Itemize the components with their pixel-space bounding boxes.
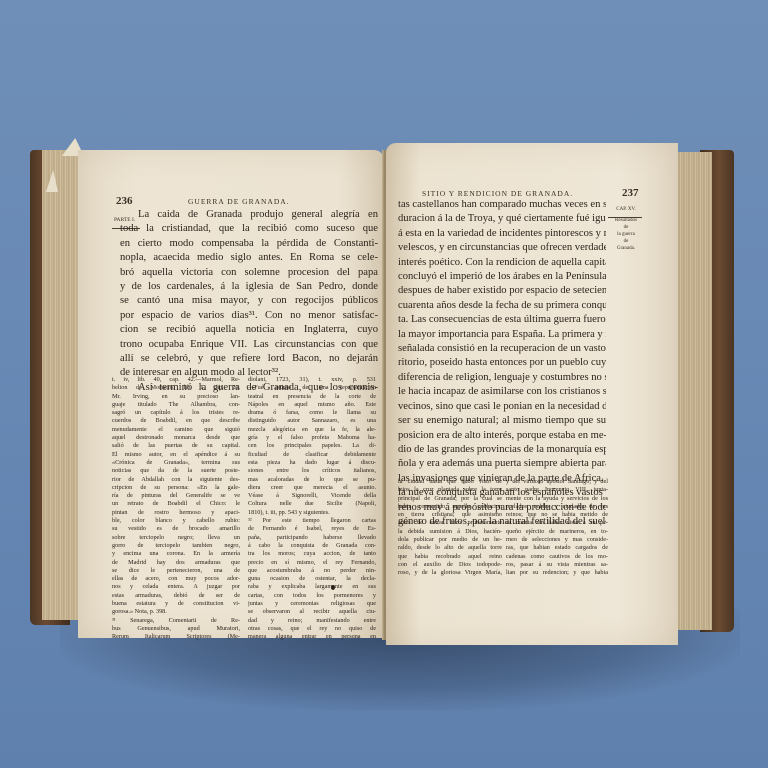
footnote-line: á cabo la conquista de Granada con- (248, 542, 376, 550)
text-line: cuarenta años desde la fecha de su prime… (398, 299, 606, 313)
footnote-line: mezcla alegórica en que la fe, la ale- (248, 426, 376, 434)
margin-note: CAP. XV.Resultadosdela guerradeGranada. (608, 206, 644, 252)
footnote-line: ³² Por este tiempo llegaron cartas (248, 517, 376, 525)
margin-note-line: la guerra (608, 231, 644, 238)
footnote-line: ³¹ Senarega, Comentarii de Re- (112, 617, 240, 625)
margin-note-line: de (608, 238, 644, 245)
text-line: concluyó el imperió de los árabes en la … (398, 270, 606, 284)
footnote-line: siones entre los críticos italianos, (248, 467, 376, 475)
footnote-line: lejos la cruz plantada sobre la torre (398, 486, 502, 494)
footnote-line: prelados, nobles y ciudades de sus (506, 503, 608, 511)
footnote-line: Nápoles en aquel mismo año. Este (248, 401, 376, 409)
margin-note-line: Resultados (608, 217, 644, 224)
footnote-line: se observaron al recibir aquella ciu- (248, 608, 376, 616)
footnote-line: rneo de selecciones y mas conside- (506, 536, 608, 544)
footnote-line: manera alguna entrar en persona en (248, 633, 376, 641)
text-line: la mayor importancia para España. La pri… (398, 328, 606, 342)
footnote-line: tra los moros; cuya accion, de tanto (248, 550, 376, 558)
footnote-line: paña, participando haberse llevado (248, 534, 376, 542)
text-line: diferencia de religion, lenguaje y costu… (398, 371, 606, 385)
footnote-line: Rerum Italicarum Scriptores (Me- (112, 633, 240, 641)
footnote-line: precio en sí mismo, el rey Fernando, (248, 559, 376, 567)
page-edges-right (672, 152, 712, 630)
footnote-line: raba y explicaba largamente en sus (248, 583, 376, 591)
footnote-line: salió de las puertas de su capital. (112, 442, 240, 450)
footnote-line: cripcion de su persona: «En la gale- (112, 484, 240, 492)
footnote-line: habia convertido aquella poblacion (398, 503, 502, 511)
footnote-line: sagró un capítulo á los tristes re- (112, 409, 240, 417)
footnote-line: antes de entrar hizo primeramente (398, 519, 502, 527)
footnote-line: su vestido es de brocado amarillo (112, 525, 240, 533)
footnote-line: ficultad de clasificar debidamente (248, 451, 376, 459)
footnote-line: cadenas como cautivos de los mo- (506, 553, 608, 561)
text-line: ñola y era además una puerta siempre abi… (398, 457, 606, 471)
text-line: ta. Las consecuencias de esta última gue… (398, 313, 606, 327)
footnote-line: El mismo autor, en el apéndice á su (112, 451, 240, 459)
footnote-line: gorosa.» Nota, p. 398. (112, 608, 240, 616)
footnote-line: —Fué asunto de una representacion (248, 384, 376, 392)
page-number: 236 (116, 195, 133, 207)
text-line: ritorio, poseido hasta entonces por un p… (398, 356, 606, 370)
footnote-line: dola publicar por medio de un he- (398, 536, 502, 544)
footnote-line: guaje titulado The Alhambra, con- (112, 401, 240, 409)
footnotes-column-2: diolani, 1723, 31), t. xxiv, p. 531—Fué … (248, 376, 376, 642)
text-line: se cantó una misa mayor, y con regocijos… (120, 294, 378, 308)
footnote-line: de Madrid hay dos armaduras que (112, 559, 240, 567)
text-line: por espacio de varios dias³¹. Con no men… (120, 309, 378, 323)
footnote-line: distinguido autor Sannazaro, es una (248, 417, 376, 425)
page-number: 237 (622, 187, 639, 199)
text-line: cion se recibió aquella noticia en Ingla… (120, 323, 378, 337)
footnote-line: ras, que habian estado cargados de (506, 544, 608, 552)
text-line: despues de haber existido por espacio de… (398, 284, 606, 298)
footnote-line: la debida sumision á Dios, hacién- (398, 528, 502, 536)
footnote-line: roso, y de la gloriosa Virgen María, (398, 569, 502, 577)
text-line: bró aquella victoria con solemne procesi… (120, 266, 378, 280)
running-head: GUERRA DE GRANADA. (188, 197, 290, 206)
text-line: vecinos, sino que casi le ponian en la n… (398, 400, 606, 414)
margin-note-line: Granada. (608, 245, 644, 252)
footnote-line: menudamente el camino que siguió (112, 426, 240, 434)
footnote-line: reinos; que no se habia metido de (506, 511, 608, 519)
footnote-line: belion de Moriscos, lib. 1, cap. 20. (112, 384, 240, 392)
footnote-line: Mr. Irving, en su precioso lan- (112, 393, 240, 401)
footnote-line: diera creer que merecia el asunto. (248, 484, 376, 492)
footnote-line: otras cosas, que el rey no quiso de (248, 625, 376, 633)
footnote-line: bus Genuensibus, apud Muratori, (112, 625, 240, 633)
footnote-line: esta pieza ha dado lugar á discu- (248, 459, 376, 467)
footnote-line: y encima una corona. En la armería (112, 550, 240, 558)
footnote-line: gría y el falso profeta Mahoma ha- (248, 434, 376, 442)
text-line: á esta en la variedad de incidentes pint… (398, 227, 606, 241)
footnote-line: con el auxilio de Dios todopode- (398, 561, 502, 569)
footnote-line: buena estatura y de constitucion vi- (112, 600, 240, 608)
footnotes-column-1: la ciudad hasta que hubo visto delejos l… (398, 478, 502, 578)
footnote-line: santo padre Inocencio VIII, junta- (506, 486, 608, 494)
footnote-line: t. iv, lib. 40, cap. 42.—Marmol, Re- (112, 376, 240, 384)
text-line: interés poético. Con la rendicion de aqu… (398, 256, 606, 270)
footnote-line: nos y celada entera. A juzgar por (112, 583, 240, 591)
footnote-line: cuerdos de Boabdil, en que describe (112, 417, 240, 425)
footnote-line: gorro de terciopelo tambien negro, (112, 542, 240, 550)
footnote-line: su cuenta sin haber visto á su pe- (506, 519, 608, 527)
footnotes-column-1: t. iv, lib. 40, cap. 42.—Marmol, Re-beli… (112, 376, 240, 642)
text-line: tas castellanos han comparado muchas vec… (398, 198, 606, 212)
margin-rule (608, 217, 642, 218)
footnote-line: guna ocasion de ostentar, la decla- (248, 575, 376, 583)
footnote-line: queño ejército de marineros, en to- (506, 528, 608, 536)
left-page: 236 GUERRA DE GRANADA. PARTE I. La caida… (78, 150, 384, 638)
text-line: trono ocupaba Enrique VII. Las circunsta… (120, 338, 378, 352)
footnote-line: Coltura nelle due Sicilie (Napoli, (248, 500, 376, 508)
footnote-line: juntas y ceremonias religiosas que (248, 600, 376, 608)
footnote-line: lian por su redencion; y que habia (506, 569, 608, 577)
footnote-line: Véase á Signorelli, Vicende della (248, 492, 376, 500)
footnote-line: sobre terciopelo negro; lleva un (112, 534, 240, 542)
footnote-line: dad y reino; manifestando entre (248, 617, 376, 625)
footnote-line: un retrato de Boabdil el Chico: le (112, 500, 240, 508)
footnote-line: principal de Granada, por la cual se (398, 495, 502, 503)
footnote-line: ría de pinturas del Generalife se ve (112, 492, 240, 500)
footnote-line: la ciudad hasta que hubo visto de (398, 478, 502, 486)
footnote-line: se dice le pertenecieron, una de (112, 567, 240, 575)
footnote-line: drama ó farsa, como le llama su (248, 409, 376, 417)
text-line: nopla, acaecida medio siglo antes. En Ro… (120, 251, 378, 265)
footnote-line: de Fernando é Isabel, reyes de Es- (248, 525, 376, 533)
footnote-line: ble, color blanco y cabello rubio: (112, 517, 240, 525)
footnote-line: en tierra cristiana; que asimismo (398, 511, 502, 519)
footnote-line: 1810), t. iii, pp. 543 y siguientes. (248, 509, 376, 517)
text-line: dio de las grandes provincias de la mona… (398, 443, 606, 457)
footnote-line: teatral en presencia de la corte de (248, 393, 376, 401)
text-line: duracion á la de Troya, y qué ciertament… (398, 212, 606, 226)
text-line: y de los cardenales, á la iglesia de San… (120, 280, 378, 294)
footnote-line: pintan de rostro hermoso y apaci- (112, 509, 240, 517)
footnotes-column-2: y del virtuoso apóstol Santiago, y delsa… (506, 478, 608, 578)
text-line: ser su enemigo natural; al mismo tiempo … (398, 414, 606, 428)
footnote-line: que habia recobrado aquel reino (398, 553, 502, 561)
text-line: La caida de Granada produjo general aleg… (120, 208, 378, 222)
footnote-line: rior de Abdallah con la siguiente des- (112, 476, 240, 484)
footnote-line: noticias que da de la suerte poste- (112, 467, 240, 475)
text-line: allí se celebró, y que refiere lord Baco… (120, 352, 378, 366)
footnote-line: cartas, con todos los pormenores y (248, 592, 376, 600)
text-line: toda la cristiandad, que la recibió como… (120, 222, 378, 236)
footnote-line: estas armaduras, debió de ser de (112, 592, 240, 600)
footnote-line: y del virtuoso apóstol Santiago, y del (506, 478, 608, 486)
footnote-line: «Crónica de Granada», termina sus (112, 459, 240, 467)
text-line: velescos, y en circunstancias que ofrece… (398, 241, 606, 255)
footnote-line: cen los principales papeles. La di- (248, 442, 376, 450)
text-line: le hacia incapaz de asimilarse con los c… (398, 385, 606, 399)
margin-note-line: CAP. XV. (608, 206, 644, 213)
footnote-line: que acostumbraba á no perder nin- (248, 567, 376, 575)
text-line: posicion era de alto interés, porque est… (398, 429, 606, 443)
footnote-line: ros, pasar á su vista mientras sa- (506, 561, 608, 569)
margin-note-line: de (608, 224, 644, 231)
text-line: en cierto modo compensaba la pérdida de … (120, 237, 378, 251)
footnote-line: aquel destronado monarca desde que (112, 434, 240, 442)
body-text: La caida de Granada produjo general aleg… (120, 208, 378, 395)
footnote-line: diolani, 1723, 31), t. xxiv, p. 531 (248, 376, 376, 384)
footnote-line: raldo, desde lo alto de aquella torre (398, 544, 502, 552)
ink-speck (331, 585, 335, 590)
running-head: SITIO Y RENDICION DE GRANADA. (422, 189, 573, 198)
footnote-line: mas acaloradas de lo que se pu- (248, 476, 376, 484)
footnote-line: ellas de acero, con muy pocos ador- (112, 575, 240, 583)
right-page: SITIO Y RENDICION DE GRANADA. 237 CAP. X… (386, 143, 678, 645)
footnote-line: mente con la ayuda y servicios de los (506, 495, 608, 503)
text-line: señalada consistió en la recuperacion de… (398, 342, 606, 356)
